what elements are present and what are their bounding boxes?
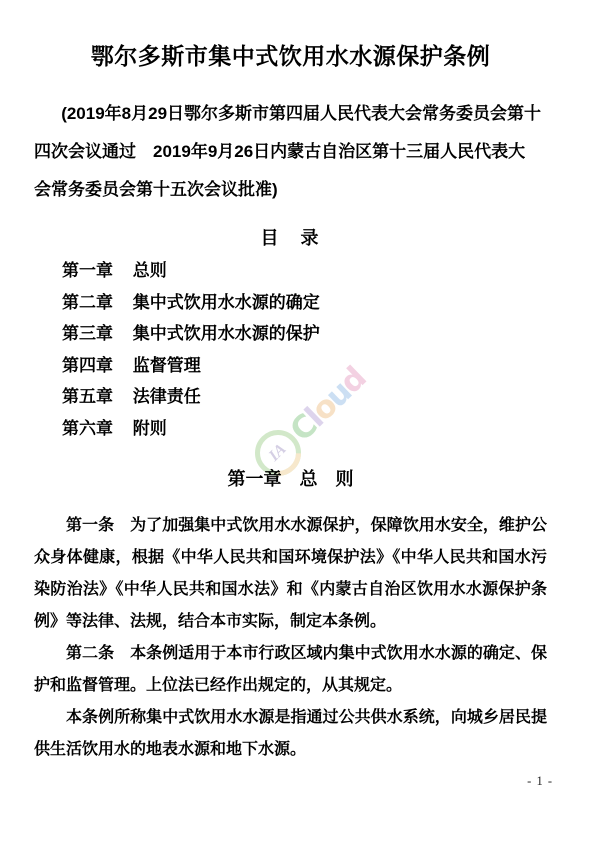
enactment-note: (2019年8月29日鄂尔多斯市第四届人民代表大会常务委员会第十 四次会议通过 …	[34, 95, 547, 209]
toc-chapter-number: 第六章	[62, 413, 113, 445]
toc-item-chapter-1: 第一章 总则	[62, 255, 547, 287]
toc-chapter-number: 第一章	[62, 255, 113, 287]
toc-chapter-title: 总则	[133, 255, 167, 287]
enactment-line: (2019年8月29日鄂尔多斯市第四届人民代表大会常务委员会第十	[34, 95, 547, 133]
toc-chapter-title: 附则	[133, 413, 167, 445]
article-paragraph: 本条例所称集中式饮用水水源是指通过公共供水系统，向城乡居民提供生活饮用水的地表水…	[34, 702, 547, 766]
toc-chapter-number: 第二章	[62, 287, 113, 319]
document-page: 鄂尔多斯市集中式饮用水水源保护条例 (2019年8月29日鄂尔多斯市第四届人民代…	[0, 0, 595, 766]
toc-item-chapter-2: 第二章 集中式饮用水水源的确定	[62, 287, 547, 319]
enactment-line: 四次会议通过 2019年9月26日内蒙古自治区第十三届人民代表大	[34, 133, 547, 171]
toc-item-chapter-6: 第六章 附则	[62, 413, 547, 445]
chapter-1-heading: 第一章 总 则	[34, 466, 547, 492]
document-title: 鄂尔多斯市集中式饮用水水源保护条例	[34, 42, 547, 72]
toc-chapter-number: 第四章	[62, 350, 113, 382]
toc-item-chapter-3: 第三章 集中式饮用水水源的保护	[62, 318, 547, 350]
toc-chapter-number: 第三章	[62, 318, 113, 350]
page-number: - 1 -	[527, 774, 553, 789]
article-paragraph: 第一条 为了加强集中式饮用水水源保护，保障饮用水安全，维护公众身体健康，根据《中…	[34, 510, 547, 638]
toc-chapter-title: 集中式饮用水水源的保护	[133, 318, 320, 350]
article-paragraph: 第二条 本条例适用于本市行政区域内集中式饮用水水源的确定、保护和监督管理。上位法…	[34, 638, 547, 702]
toc-item-chapter-5: 第五章 法律责任	[62, 381, 547, 413]
article-body: 第一条 为了加强集中式饮用水水源保护，保障饮用水安全，维护公众身体健康，根据《中…	[34, 510, 547, 766]
toc-chapter-title: 监督管理	[133, 350, 201, 382]
toc-item-chapter-4: 第四章 监督管理	[62, 350, 547, 382]
toc-heading: 目 录	[34, 223, 547, 253]
toc-chapter-title: 集中式饮用水水源的确定	[133, 287, 320, 319]
enactment-line: 会常务委员会第十五次会议批准)	[34, 171, 547, 209]
toc-chapter-number: 第五章	[62, 381, 113, 413]
toc-chapter-title: 法律责任	[133, 381, 201, 413]
toc-list: 第一章 总则 第二章 集中式饮用水水源的确定 第三章 集中式饮用水水源的保护 第…	[62, 255, 547, 444]
